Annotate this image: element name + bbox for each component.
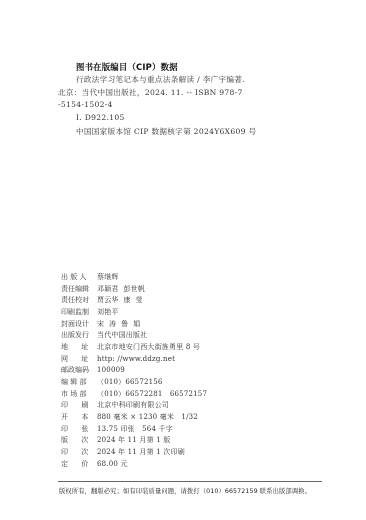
credit-row-format: 开 本880 毫米 × 1230 毫米 1/32 xyxy=(61,411,207,423)
cip-title: 图书在版编目（CIP）数据 xyxy=(76,61,178,73)
website-link: http: //www.ddzg.net xyxy=(97,355,175,363)
credit-label: 开 本 xyxy=(61,412,97,422)
credit-label: 封面设计 xyxy=(61,319,97,329)
credit-row-edition: 版 次2024 年 11 月第 1 版 xyxy=(61,435,207,447)
cip-line-title-author: 行政法学习笔记本与重点法条解读 / 李广宇编著. xyxy=(76,74,245,85)
credit-value: （010）66572156 xyxy=(97,377,163,387)
credit-value: 2024 年 11 月第 1 次印刷 xyxy=(97,447,185,457)
credit-label: 责任编辑 xyxy=(61,284,97,294)
credit-row-proofreaders: 责任校对贾云华 康 莹 xyxy=(61,294,207,306)
credit-row-website: 网 址http: //www.ddzg.net xyxy=(61,353,207,365)
credit-label: 网 址 xyxy=(61,354,97,364)
credit-label: 邮政编码 xyxy=(61,365,97,375)
credit-label: 版 次 xyxy=(61,435,97,445)
credit-value: 2024 年 11 月第 1 版 xyxy=(97,435,171,445)
credit-row-editorial-dept: 编 辑 部（010）66572156 xyxy=(61,376,207,388)
credit-row-publisher: 出 版 人蔡继辉 xyxy=(61,271,207,283)
credit-row-print-supervisor: 印刷监制刘艳平 xyxy=(61,306,207,318)
credit-row-cover-design: 封面设计宋 涛 鲁 娟 xyxy=(61,318,207,330)
credits-block: 出 版 人蔡继辉 责任编辑邓颖君 彭世帆 责任校对贾云华 康 莹 印刷监制刘艳平… xyxy=(61,271,207,470)
credit-label: 市 场 部 xyxy=(61,389,97,399)
credit-value: 邓颖君 彭世帆 xyxy=(97,284,145,294)
credit-row-printing: 印 次2024 年 11 月第 1 次印刷 xyxy=(61,446,207,458)
credit-row-address: 地 址北京市地安门西大街旌勇里 8 号 xyxy=(61,341,207,353)
cip-line-isbn-cont: -5154-1502-4 xyxy=(58,100,113,109)
cip-line-approval-number: 中国国家版本馆 CIP 数据核字第 2024Y6X609 号 xyxy=(76,126,256,137)
copyright-page: 图书在版编目（CIP）数据 行政法学习笔记本与重点法条解读 / 李广宇编著. 北… xyxy=(0,0,366,520)
credit-row-printer: 印 刷北京中科印刷有限公司 xyxy=(61,400,207,412)
copyright-notice: 版权所有，翻版必究；如有印装质量问题，请拨打（010）66572159 联系出版… xyxy=(59,486,311,495)
credit-label: 责任校对 xyxy=(61,295,97,305)
credit-row-marketing-dept: 市 场 部（010）66572281 66572157 xyxy=(61,388,207,400)
credit-value: 北京市地安门西大街旌勇里 8 号 xyxy=(97,342,200,352)
credit-value: 贾云华 康 莹 xyxy=(97,295,143,305)
credit-value: 刘艳平 xyxy=(97,307,119,317)
credit-value: 当代中国出版社 xyxy=(97,330,147,340)
credit-label: 地 址 xyxy=(61,342,97,352)
credit-value: 北京中科印刷有限公司 xyxy=(97,400,169,410)
credit-value: 100009 xyxy=(97,366,125,374)
credit-value: （010）66572281 66572157 xyxy=(97,389,207,399)
credit-row-price: 定 价68.00 元 xyxy=(61,458,207,470)
credit-label: 定 价 xyxy=(61,459,97,469)
credit-row-sheets: 印 张13.75 印张 564 千字 xyxy=(61,423,207,435)
credit-label: 印 次 xyxy=(61,447,97,457)
cip-line-classification: Ⅰ. D922.105 xyxy=(76,113,125,122)
credit-label: 印 刷 xyxy=(61,400,97,410)
credit-label: 印 张 xyxy=(61,424,97,434)
credit-label: 出 版 人 xyxy=(61,272,97,282)
credit-label: 出版发行 xyxy=(61,330,97,340)
credit-label: 编 辑 部 xyxy=(61,377,97,387)
credit-value: 68.00 元 xyxy=(97,459,128,469)
cip-line-publisher-isbn: 北京：当代中国出版社，2024. 11. -- ISBN 978-7 xyxy=(58,87,243,98)
credit-value: 蔡继辉 xyxy=(97,272,119,282)
credit-value: 13.75 印张 564 千字 xyxy=(97,424,173,434)
credit-row-postcode: 邮政编码100009 xyxy=(61,365,207,377)
divider-rule xyxy=(58,481,322,482)
credit-value: 880 毫米 × 1230 毫米 1/32 xyxy=(97,412,198,422)
credit-row-editors: 责任编辑邓颖君 彭世帆 xyxy=(61,283,207,295)
credit-row-distribution: 出版发行当代中国出版社 xyxy=(61,329,207,341)
credit-label: 印刷监制 xyxy=(61,307,97,317)
credit-value: 宋 涛 鲁 娟 xyxy=(97,319,140,329)
